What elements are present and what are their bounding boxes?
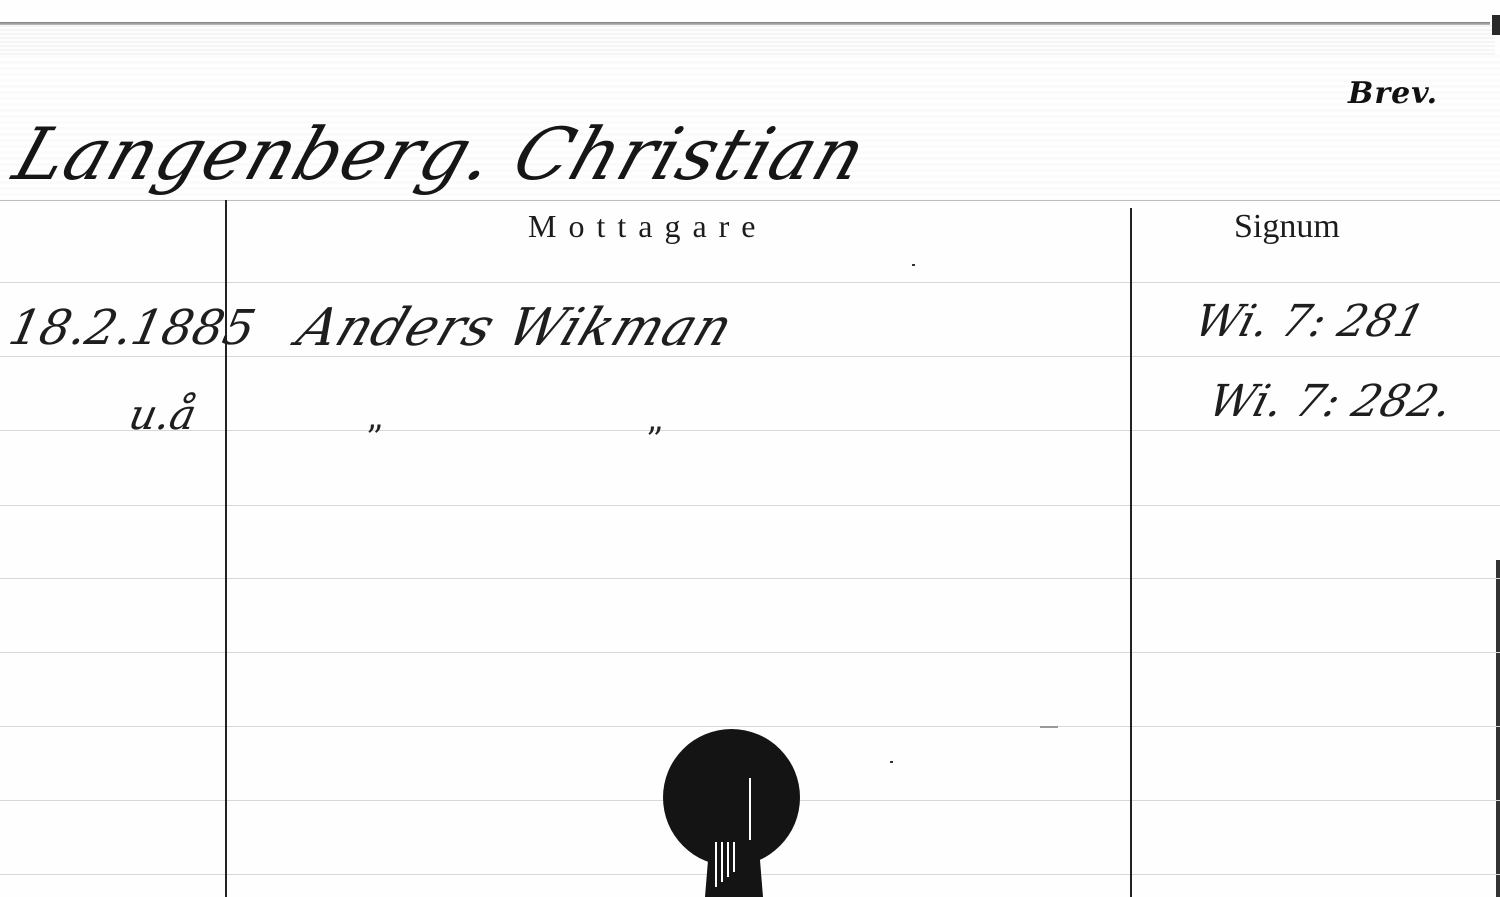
scan-artifact	[733, 842, 735, 872]
paper-speck	[912, 264, 915, 266]
scan-artifact	[721, 842, 723, 882]
ditto-mark: ”	[646, 420, 663, 460]
catalog-card: Brev. Mottagare Signum Langenberg. Chris…	[0, 0, 1500, 897]
recipient-column-header: Mottagare	[528, 208, 768, 245]
scan-artifact	[749, 778, 751, 840]
entry-recipient: Anders Wikman	[289, 298, 741, 358]
paper-speck	[890, 761, 893, 763]
card-right-edge	[1496, 560, 1500, 897]
card-top-shade	[0, 25, 1495, 55]
card-type-label: Brev.	[1348, 76, 1438, 111]
scan-artifact	[715, 842, 717, 887]
entry-signum: Wi. 7: 281	[1189, 296, 1430, 347]
scan-artifact	[727, 842, 729, 877]
entry-date: 18.2.1885	[4, 300, 260, 356]
signum-column-divider	[1130, 208, 1132, 897]
entry-signum: Wi. 7: 282.	[1203, 376, 1458, 427]
ditto-mark: ”	[366, 418, 383, 458]
signum-column-header: Signum	[1234, 208, 1340, 246]
paper-speck	[1040, 726, 1058, 728]
card-edge-mark	[1492, 15, 1500, 35]
person-name: Langenberg. Christian	[4, 112, 877, 196]
entry-date: u.å	[125, 390, 201, 439]
